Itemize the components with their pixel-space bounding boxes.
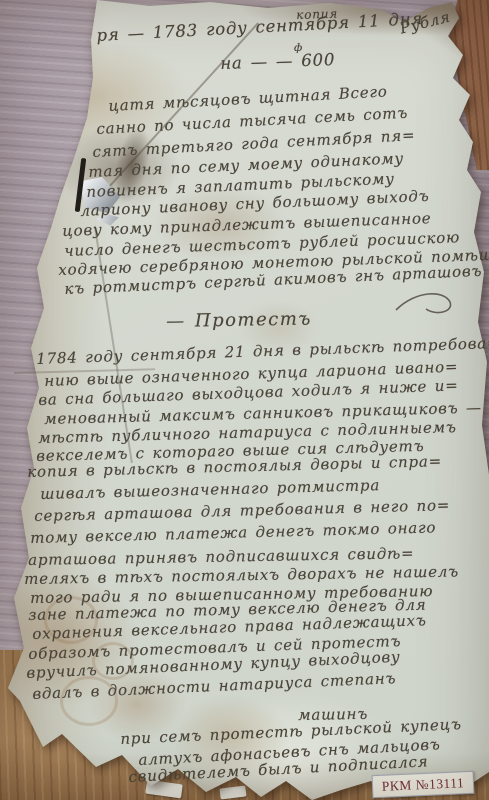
- protest-heading: — Протестъ: [166, 308, 312, 332]
- archive-inventory-label: РКМ №13111: [372, 771, 475, 798]
- handwriting-layer: копия ря — 1783 году сентября 11 дня Руб…: [0, 0, 489, 800]
- photo-of-manuscript: копия ря — 1783 году сентября 11 дня Руб…: [0, 0, 489, 800]
- sum-line: на — — 600: [220, 50, 336, 73]
- flourish-mark: [394, 288, 474, 318]
- date-line: ря — 1783 году сентября 11 дня: [96, 9, 424, 45]
